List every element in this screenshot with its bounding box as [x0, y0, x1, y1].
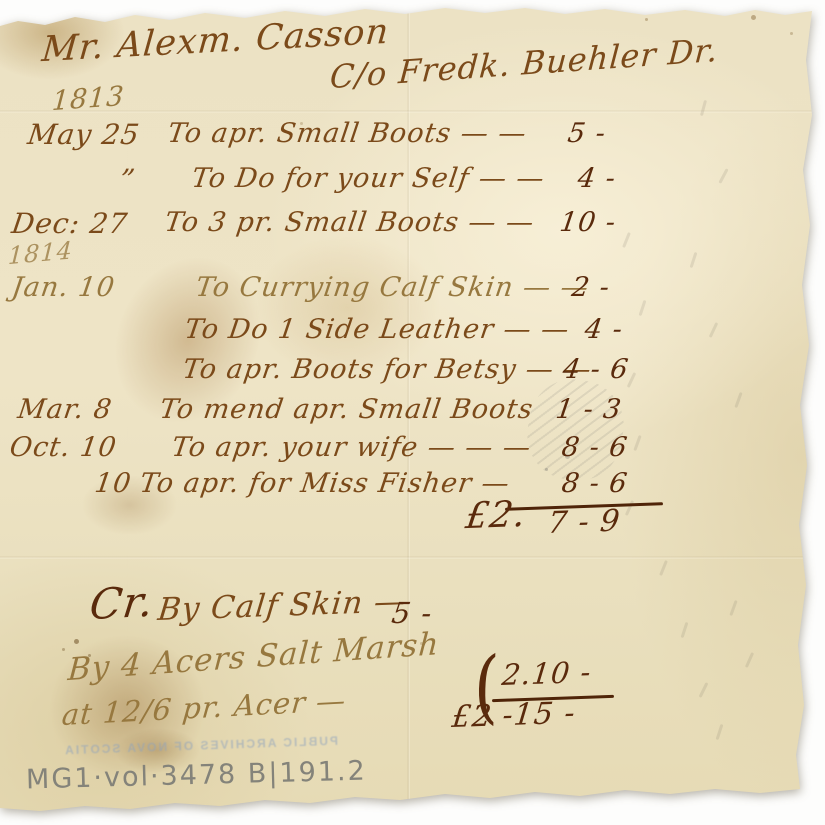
- horizontal-fold-crease-middle: [0, 556, 825, 559]
- entry-amount: 4 -: [576, 163, 618, 194]
- entry-amount: 4 -: [583, 314, 625, 345]
- entry-date: Jan. 10: [10, 272, 117, 303]
- bleedthrough-mark: [729, 600, 737, 616]
- bleedthrough-mark: [690, 252, 698, 268]
- entry-date: 10: [93, 468, 134, 499]
- credit-line1-amount: 5 -: [390, 596, 435, 630]
- entry-amount: 4 - 6: [561, 354, 631, 385]
- entry-amount: 2 -: [570, 272, 612, 303]
- entry-amount: 5 -: [566, 118, 608, 149]
- bleedthrough-mark: [659, 560, 668, 576]
- entry-description: To apr. your wife — — —: [170, 432, 533, 463]
- ledger-row: Jan. 10 To Currying Calf Skin — — 2 -: [0, 272, 825, 318]
- year-1813: 1813: [51, 81, 126, 117]
- entry-description: To Do 1 Side Leather — —: [183, 314, 572, 345]
- archive-reference-number: MG1·vol·3478 B|191.2: [26, 756, 367, 796]
- entry-date: Mar. 8: [16, 394, 114, 425]
- entry-description: To 3 pr. Small Boots — —: [163, 207, 537, 238]
- credit-total-amount: £2 -15 -: [450, 696, 577, 735]
- entry-description: To apr. Small Boots — —: [166, 118, 529, 149]
- total-currency: £2.: [463, 494, 529, 537]
- entry-amount: 8 - 6: [560, 468, 630, 499]
- credit-line2-description: By 4 Acers Salt Marsh: [67, 626, 441, 688]
- ledger-row: Dec: 27 To 3 pr. Small Boots — — 10 -: [0, 207, 825, 253]
- entry-amount: 8 - 6: [560, 432, 630, 463]
- scanned-paper-wrapper: Mr. Alexm. Casson C/o Fredk. Buehler Dr.…: [0, 0, 825, 825]
- bleedthrough-mark: [745, 652, 754, 668]
- entry-amount: 1 - 3: [554, 394, 624, 425]
- year-1814: 1814: [7, 236, 73, 270]
- entry-date: Dec: 27: [10, 207, 130, 240]
- total-amount: 7 - 9: [546, 503, 622, 541]
- ledger-paper: Mr. Alexm. Casson C/o Fredk. Buehler Dr.…: [0, 0, 825, 825]
- ledger-row: May 25 To apr. Small Boots — — 5 -: [0, 118, 825, 164]
- entry-date: May 25: [26, 118, 142, 151]
- entry-description: To mend apr. Small Boots: [158, 394, 536, 425]
- entry-description: To apr. for Miss Fisher —: [138, 468, 512, 499]
- archive-stamp-mirrored: PUBLIC ARCHIVES OF NOVA SCOTIA: [38, 734, 338, 758]
- bleedthrough-mark: [681, 622, 689, 638]
- bleedthrough-mark: [700, 100, 707, 116]
- bleedthrough-mark: [716, 724, 724, 740]
- credit-line3-description: at 12/6 pr. Acer —: [61, 683, 348, 732]
- entry-date-ditto: ”: [118, 163, 138, 196]
- entry-date: Oct. 10: [8, 432, 119, 463]
- bleedthrough-mark: [699, 682, 709, 698]
- entry-description: To Currying Calf Skin — —: [194, 272, 591, 303]
- entry-amount: 10 -: [558, 207, 618, 238]
- ink-specks: [0, 0, 3, 3]
- entry-description: To apr. Boots for Betsy — —: [181, 354, 594, 385]
- entry-description: To Do for your Self — —: [190, 163, 547, 194]
- ledger-row: ” To Do for your Self — — 4 -: [0, 163, 825, 209]
- credit-line1-description: By Calf Skin —: [156, 583, 408, 628]
- credit-subtotal-amount: 2.10 -: [500, 655, 593, 692]
- credit-header: Cr.: [87, 576, 157, 629]
- ledger-row: 10 To apr. for Miss Fisher — 8 - 6: [0, 468, 825, 514]
